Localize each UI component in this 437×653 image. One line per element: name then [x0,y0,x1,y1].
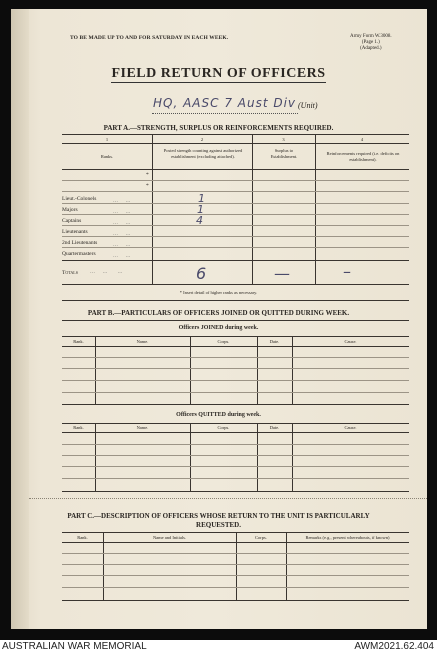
quitted-col-date: Date. [257,425,292,431]
part-c-col-remarks: Remarks (e.g., present whereabouts, if k… [286,535,409,541]
leader-dots: … … … [90,270,123,275]
total-reinforcements: – [343,262,351,281]
divider [62,320,409,321]
total-surplus: — [274,264,290,283]
column-rule [152,134,153,284]
unit-underline [152,113,298,114]
perforation-line [29,498,427,499]
footnote: * Insert detail of higher ranks as neces… [0,290,437,296]
divider [62,432,409,433]
column-rule [95,336,96,404]
row-rule [62,587,409,588]
total-posted: 6 [196,264,206,283]
divider [62,336,409,337]
column-rule [257,423,258,491]
col-number-2: 2 [152,137,252,143]
part-c-title-line1: PART C.—DESCRIPTION OF OFFICERS WHOSE RE… [0,512,437,520]
column-rule [257,336,258,404]
col-header-ranks: Ranks. [62,154,152,160]
column-rule [286,532,287,600]
joined-col-cause: Cause. [292,339,409,345]
quitted-col-name: Name. [95,425,190,431]
binding-strip [11,9,29,629]
col-number-3: 3 [252,137,315,143]
part-b-title: PART B.—PARTICULARS OF OFFICERS JOINED O… [0,309,437,317]
joined-col-name: Name. [95,339,190,345]
rank-majors: Majors [62,207,78,213]
column-rule [292,423,293,491]
row-rule [62,191,409,192]
column-rule [315,134,316,284]
column-rule [252,134,253,284]
row-rule [62,478,409,479]
col-number-1: 1 [62,137,152,143]
unit-value: HQ, AASC 7 Aust Div [153,96,296,110]
col-header-surplus: Surplus to Establishment. [262,148,306,159]
form-number-block: Army Form W.3008. (Page 1.) (Adapted.) [350,34,392,52]
posted-captains: 4 [196,214,203,227]
divider [62,423,409,424]
quitted-title: Officers QUITTED during week. [0,412,437,418]
joined-col-date: Date. [257,339,292,345]
instruction-text: TO BE MADE UP TO AND FOR SATURDAY IN EAC… [70,35,228,41]
row-rule [62,564,409,565]
joined-title: Officers JOINED during week. [0,325,437,331]
row-rule [62,444,409,445]
institution-caption: AUSTRALIAN WAR MEMORIAL [2,641,147,652]
quitted-col-corps: Corps. [190,425,257,431]
col-number-4: 4 [315,137,409,143]
column-rule [236,532,237,600]
column-rule [95,423,96,491]
row-rule [62,357,409,358]
title-text: FIELD RETURN OF OFFICERS [111,66,325,83]
row-rule [62,466,409,467]
table-row: * [146,183,149,189]
divider [62,284,409,285]
accession-number: AWM2021.62.404 [354,641,434,652]
rank-2nd-lieutenants: 2nd Lieutenants [62,240,97,246]
joined-col-rank: Rank. [62,339,95,345]
quitted-col-rank: Rank. [62,425,95,431]
row-rule [62,392,409,393]
leader-dots: … …… …… …… …… …… … [113,196,131,262]
part-c-title-line2: REQUESTED. [0,521,437,529]
rank-lieutenants: Lieutenants [62,229,88,235]
divider [62,600,409,601]
col-header-reinforcements: Reinforcements required (i.e. deficits o… [320,151,406,162]
column-rule [103,532,104,600]
divider [62,143,409,144]
joined-col-corps: Corps. [190,339,257,345]
divider [62,169,409,170]
column-rule [190,336,191,404]
col-header-posted: Posted strength counting against authori… [158,148,248,159]
page-title: FIELD RETURN OF OFFICERS [0,66,437,82]
part-a-title: PART A.—STRENGTH, SURPLUS OR REINFORCEME… [0,124,437,132]
quitted-col-cause: Cause. [292,425,409,431]
rank-captains: Captains [62,218,81,224]
row-rule [62,553,409,554]
rank-lieut-colonels: Lieut.-Colonels [62,196,96,202]
totals-label: Totals [62,270,78,276]
row-rule [62,380,409,381]
row-rule [62,455,409,456]
divider [62,404,409,405]
part-c-col-corps: Corps. [236,535,286,541]
column-rule [190,423,191,491]
rank-quartermasters: Quartermasters [62,251,96,257]
part-c-col-rank: Rank. [62,535,103,541]
column-rule [292,336,293,404]
adapted-note: (Adapted.) [350,46,392,52]
divider [62,134,409,135]
table-row: * [146,172,149,178]
divider [62,491,409,492]
unit-label: (Unit) [298,101,318,110]
row-rule [62,368,409,369]
row-rule [62,180,409,181]
divider [62,300,409,301]
part-c-col-name: Name and Initials. [103,535,236,541]
row-rule [62,575,409,576]
divider [62,346,409,347]
